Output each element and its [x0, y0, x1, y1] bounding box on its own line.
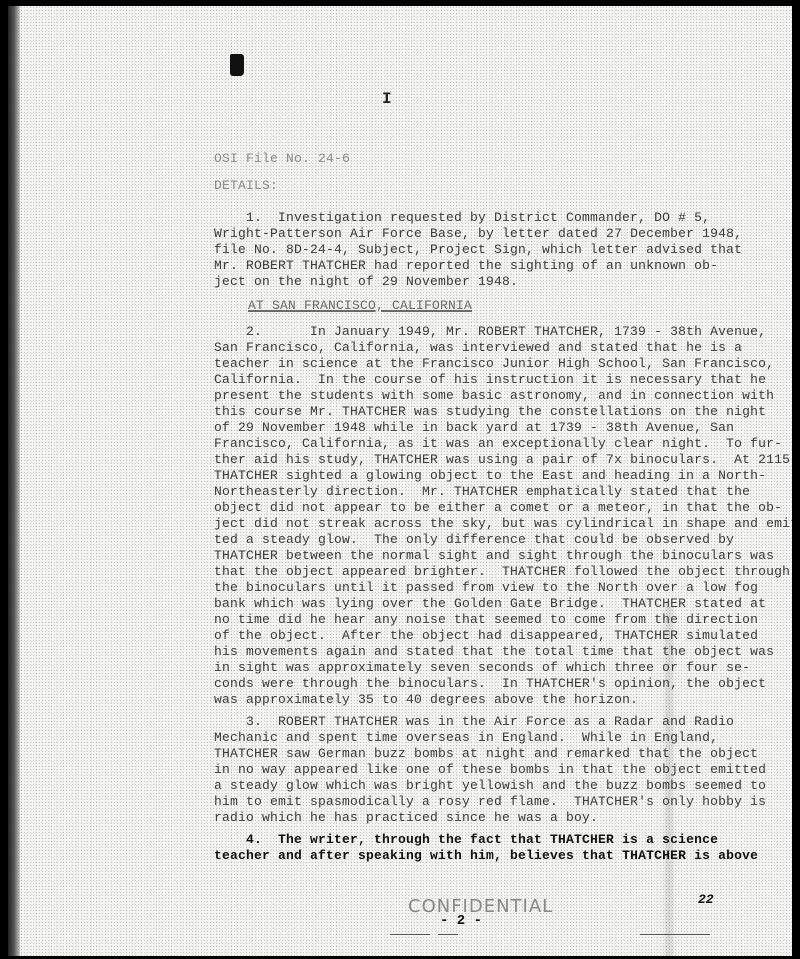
paragraph-2-line-23: conds were through the binoculars. In TH… — [214, 676, 766, 692]
paragraph-1-line-3: file No. 8D-24-4, Subject, Project Sign,… — [214, 242, 742, 258]
paragraph-3-line-7: radio which he has practiced since he wa… — [214, 810, 598, 826]
paragraph-2-line-16: that the object appeared brighter. THATC… — [214, 564, 790, 580]
paragraph-2-line-12: object did not appear to be either a com… — [214, 500, 782, 516]
paragraph-1-line-5: ject on the night of 29 November 1948. — [214, 274, 518, 290]
paragraph-2-line-10: THATCHER sighted a glowing object to the… — [214, 468, 766, 484]
paragraph-4-line-2: teacher and after speaking with him, bel… — [214, 848, 758, 864]
paragraph-2-line-13: ject did not streak across the sky, but … — [214, 516, 792, 532]
paragraph-2-line-17: the binoculars until it passed from view… — [214, 580, 758, 596]
paragraph-2-line-8: Francisco, California, as it was an exce… — [214, 436, 782, 452]
section-heading: AT SAN FRANCISCO, CALIFORNIA — [248, 298, 472, 314]
paragraph-2-line-24: was approximately 35 to 40 degrees above… — [214, 692, 638, 708]
paragraph-4-line-1: 4. The writer, through the fact that THA… — [246, 832, 718, 848]
paragraph-2-line-14: ted a steady glow. The only difference t… — [214, 532, 734, 548]
paragraph-2-line-18: bank which was lying over the Golden Gat… — [214, 596, 766, 612]
paragraph-3-line-4: in no way appeared like one of these bom… — [214, 762, 766, 778]
paragraph-2-line-1: 2. In January 1949, Mr. ROBERT THATCHER,… — [246, 324, 766, 340]
paragraph-2-line-4: California. In the course of his instruc… — [214, 372, 766, 388]
paragraph-3-line-1: 3. ROBERT THATCHER was in the Air Force … — [246, 714, 734, 730]
center-mark: I — [382, 90, 392, 108]
paragraph-2-line-9: ther aid his study, THATCHER was using a… — [214, 452, 790, 468]
footer-rule-2 — [438, 934, 458, 935]
punch-hole-mark — [230, 54, 244, 76]
paragraph-2-line-19: no time did he hear any noise that seeme… — [214, 612, 758, 628]
paragraph-3-line-2: Mechanic and spent time overseas in Engl… — [214, 730, 718, 746]
paragraph-2-line-20: of the object. After the object had disa… — [214, 628, 758, 644]
section-label: DETAILS: — [214, 178, 278, 194]
paragraph-2-line-3: teacher in science at the Francisco Juni… — [214, 356, 774, 372]
paragraph-2-line-2: San Francisco, California, was interview… — [214, 340, 742, 356]
paragraph-2-line-5: present the students with some basic ast… — [214, 388, 774, 404]
paragraph-1-line-4: Mr. ROBERT THATCHER had reported the sig… — [214, 258, 718, 274]
paragraph-3-line-3: THATCHER saw German buzz bombs at night … — [214, 746, 758, 762]
paragraph-1-line-1: 1. Investigation requested by District C… — [246, 210, 710, 226]
paragraph-2-line-21: his movements again and stated that the … — [214, 644, 774, 660]
corner-reference: 22 — [698, 892, 714, 907]
paragraph-1-line-2: Wright-Patterson Air Force Base, by lett… — [214, 226, 742, 242]
paragraph-2-line-7: of 29 November 1948 while in back yard a… — [214, 420, 734, 436]
page-number: - 2 - — [440, 913, 482, 929]
paragraph-3-line-6: him to emit spasmodically a rosy red fla… — [214, 794, 766, 810]
paragraph-2-line-22: in sight was approximately seven seconds… — [214, 660, 750, 676]
paragraph-2-line-11: Northeasterly direction. Mr. THATCHER em… — [214, 484, 750, 500]
document-page: I OSI File No. 24-6 DETAILS: 1. Investig… — [8, 6, 792, 956]
scan-edge-shadow — [8, 6, 20, 956]
paragraph-2-line-6: this course Mr. THATCHER was studying th… — [214, 404, 766, 420]
footer-rule-3 — [640, 934, 710, 935]
paragraph-2-line-15: THATCHER between the normal sight and si… — [214, 548, 774, 564]
footer-rule-1 — [390, 934, 430, 935]
paragraph-3-line-5: a steady glow which was bright yellowish… — [214, 778, 766, 794]
file-reference: OSI File No. 24-6 — [214, 151, 350, 167]
